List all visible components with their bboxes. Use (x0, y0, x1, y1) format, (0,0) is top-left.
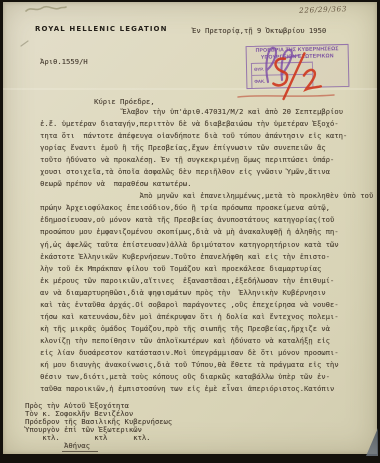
typed-line: τητα ὅτι πάντοτε ἀπέφευγα οἱανδήποτε διὰ… (40, 130, 373, 142)
pencil-scribble (24, 3, 68, 15)
typed-line: ταῦθα παροικιῶν,ἡ ἐμπιστοσύνη των εἰς ἐμ… (40, 383, 373, 395)
pencil-tick (20, 40, 30, 47)
typed-line: Ἀπὸ μηνῶν καὶ ἐπανειλημμένως,μετὰ τὸ προ… (40, 190, 373, 202)
typed-line: γή,ὡς ἀφελῶς ταῦτα ἐπίστευσαν)ἀλλὰ δριμύ… (40, 239, 373, 251)
typed-line: λὴν τοῦ ἐκ Μπράκπαν φίλου τοῦ Τομάζου κα… (40, 263, 373, 275)
typed-line: γορίας ἔναντι ἐμοῦ ἢ τῆς Πρεσβείας,ἔχων … (40, 142, 373, 154)
typed-line: αν νὰ διαμαρτυρηθῶσι,διὰ ψηφισμάτων πρὸς… (40, 287, 373, 299)
typed-line: κλονίζῃ τὴν πεποίθησιν τῶν ἁπλοϊκωτέρων … (40, 335, 373, 347)
archival-reference: 226/29/363 (299, 4, 347, 15)
protocol-number: Ἀριθ.1559/Η (40, 57, 88, 66)
typed-line: ἐ.ἔ. ὑμετέραν διαταγήν,περιττὸν δὲ νὰ δι… (40, 118, 373, 130)
typed-line: θεωρῶ πρέπον νὰ παραθέσω κατωτέρω. (40, 178, 373, 190)
typed-line: εἰς λίαν δυσάρεστον κατάστασιν.Μοὶ ὑπεγρ… (40, 347, 373, 359)
typed-line: ἐκ μέρους τῶν παροικιῶν,αἵτινες ἐξαναστᾶ… (40, 275, 373, 287)
legation-letterhead: ROYAL HELLENIC LEGATION (35, 25, 168, 33)
typed-line: ἐδημοσίευσαν,οὐ μόνον κατὰ τῆς Πρεσβείας… (40, 214, 373, 226)
scanned-letter: ROYAL HELLENIC LEGATION Ἐν Πρετορίᾳ,τῇ 9… (0, 0, 380, 463)
typed-line: καὶ τὰς ἐνταῦθα ἀρχάς.Οἱ σοβαροὶ παράγον… (40, 299, 373, 311)
letter-body: Ἔλαβον τὴν ὑπ'ἀριθ.47031/Μ/2 καὶ ἀπὸ 20 … (40, 106, 373, 395)
typed-line: τοῦτο ἠδύνατο νὰ προκαλέσῃ. Ἐν τῇ συγκεκ… (40, 154, 373, 166)
typed-line: κὴ τῆς μικρᾶς ὁμάδος Τομάζου,πρὸ τῆς σιω… (40, 323, 373, 335)
typed-line: ἑκάστοτε Ἑλληνικῶν Κυβερνήσεων.Τοῦτο ἐπα… (40, 251, 373, 263)
typed-line: πρώην Ἀρχειοφύλακος ἐπεισόδιον,δύο ἢ τρί… (40, 202, 373, 214)
salutation: Κύριε Πρόεδρε, (94, 97, 155, 106)
typed-line: χουσι στοιχεῖα,τὰ ὁποῖα ἀσφαλῶς δὲν περι… (40, 166, 373, 178)
typed-line: προσώπου μου ἐμφανιζομένου σκοπίμως,διὰ … (40, 226, 373, 238)
typed-line: κή μου διαυγὴς ἀνακοίνωσις,διὰ τοῦ Τύπου… (40, 359, 373, 371)
recipient-block: Πρὸς τὴν Αὐτοῦ Ἐξοχότητα Τὸν κ. Σοφοκλῆν… (25, 402, 172, 442)
typed-line: τήσω καὶ κατευνάσω,δὲν μοὶ ἀπέκρυψαν ὅτι… (40, 311, 373, 323)
typed-line: θέσιν των,διότι,μετὰ τοὺς κόπους οὓς δια… (40, 371, 373, 383)
red-ink-stroke (236, 92, 338, 100)
recipient-line: κτλ. κτλ κτλ. (25, 434, 172, 442)
recipient-city: Ἀθήνας (62, 441, 98, 452)
typed-line: Ἔλαβον τὴν ὑπ'ἀριθ.47031/Μ/2 καὶ ἀπὸ 20 … (40, 106, 373, 118)
